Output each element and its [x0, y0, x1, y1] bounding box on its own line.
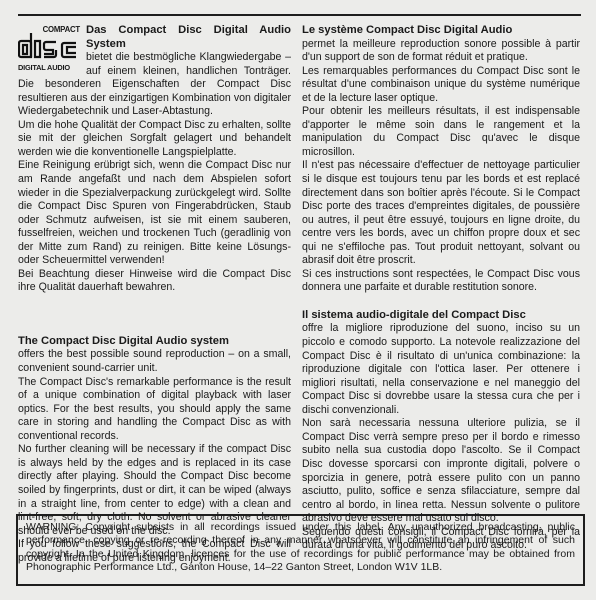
german-section: COMPACT DIGITAL AUDIO — [18, 24, 291, 295]
french-section: Le système Compact Disc Digital Audio pe… — [302, 24, 580, 295]
french-paragraph: Si ces instructions sont respectées, le … — [302, 268, 580, 295]
english-paragraph: The Compact Disc's remarkable performanc… — [18, 376, 291, 444]
right-column: Le système Compact Disc Digital Audio pe… — [302, 24, 580, 553]
copyright-warning-text: WARNING: Copyright subsists in all recor… — [26, 521, 575, 574]
english-paragraph: offers the best possible sound reproduct… — [18, 348, 291, 375]
left-column: COMPACT DIGITAL AUDIO — [18, 24, 291, 565]
logo-digital-audio-text: DIGITAL AUDIO — [18, 64, 70, 72]
english-title: The Compact Disc Digital Audio system — [18, 335, 291, 349]
italian-title: Il sistema audio-digitale del Compact Di… — [302, 309, 580, 323]
french-paragraph: Pour obtenir les meilleurs résultats, il… — [302, 105, 580, 159]
french-paragraph: Les remarquables performances du Compact… — [302, 65, 580, 106]
french-title: Le système Compact Disc Digital Audio — [302, 24, 580, 38]
copyright-warning-box: WARNING: Copyright subsists in all recor… — [16, 514, 585, 586]
compact-disc-digital-audio-logo: COMPACT DIGITAL AUDIO — [18, 26, 80, 72]
italian-paragraph: Non sarà necessaria nessuna ulteriore pu… — [302, 417, 580, 525]
french-paragraph: permet la meilleure reproduction sonore … — [302, 38, 580, 65]
german-paragraph: Um die hohe Qualität der Compact Disc zu… — [18, 119, 291, 160]
german-paragraph: Bei Beachtung dieser Hinweise wird die C… — [18, 268, 291, 295]
french-paragraph: Il n'est pas nécessaire d'effectuer de n… — [302, 159, 580, 267]
italian-paragraph: offre la migliore riproduzione del suono… — [302, 322, 580, 417]
disc-logo-icon — [18, 29, 80, 63]
top-rule-divider — [18, 14, 581, 16]
german-paragraph: Eine Reinigung erübrigt sich, wenn die C… — [18, 159, 291, 267]
